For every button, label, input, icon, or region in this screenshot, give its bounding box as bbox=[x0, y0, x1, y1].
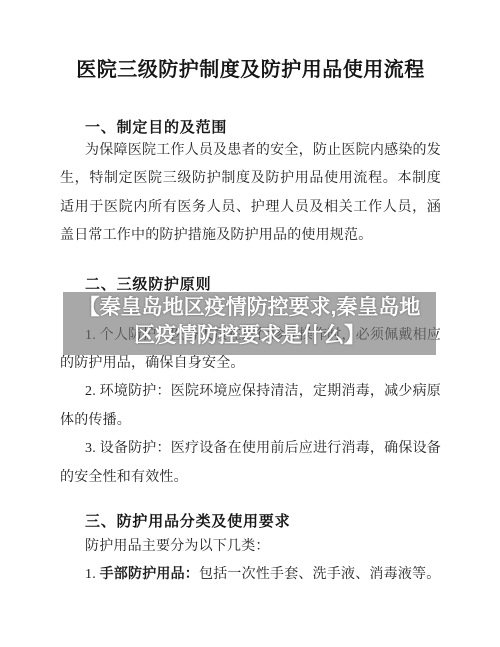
item-description: 包括一次性手套、洗手液、消毒液等。 bbox=[199, 567, 440, 582]
list-item-equipment-protection: 3. 设备防护：医疗设备在使用前后应进行消毒，确保设备的安全性和有效性。 bbox=[60, 435, 441, 492]
watermark-overlay[interactable]: 【秦皇岛地区疫情防控要求,秦皇岛地 区疫情防控要求是什么】 bbox=[63, 292, 436, 355]
document-title: 医院三级防护制度及防护用品使用流程 bbox=[60, 55, 441, 85]
paragraph-purpose: 为保障医院工作人员及患者的安全，防止医院内感染的发生，特制定医院三级防护制度及防… bbox=[60, 137, 441, 251]
section-heading-purpose: 一、制定目的及范围 bbox=[60, 120, 441, 137]
item-number: 1. bbox=[85, 567, 100, 582]
paragraph-category-intro: 防护用品主要分为以下几类： bbox=[60, 533, 441, 561]
list-item-environment-protection: 2. 环境防护：医院环境应保持清洁，定期消毒，减少病原体的传播。 bbox=[60, 378, 441, 435]
item-label-hand-protection: 手部防护用品： bbox=[100, 567, 199, 582]
watermark-text-line-1: 【秦皇岛地区疫情防控要求,秦皇岛地 bbox=[63, 294, 436, 322]
watermark-text-line-2: 区疫情防控要求是什么】 bbox=[63, 322, 436, 350]
section-heading-supplies: 三、防护用品分类及使用要求 bbox=[60, 514, 441, 531]
list-item-hand-protection: 1. 手部防护用品：包括一次性手套、洗手液、消毒液等。 bbox=[60, 561, 441, 589]
